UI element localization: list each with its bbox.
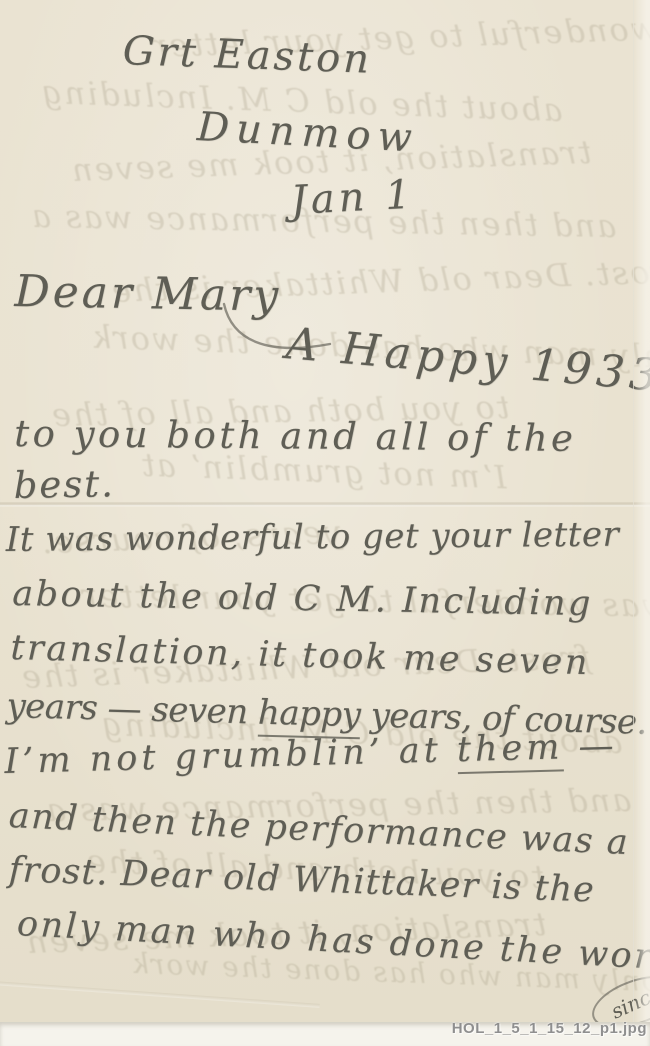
body-line: to you both and all of the [14, 412, 577, 460]
date-line: Jan 1 [290, 172, 416, 224]
body-line: best. [13, 462, 115, 507]
filename-watermark: HOL_1_5_1_15_12_p1.jpg [452, 1020, 647, 1037]
underlined-word: them [456, 727, 564, 774]
body-line: It was wonderful to get your letter [6, 515, 620, 560]
letter-scan: It was wonderful to get your letter abou… [0, 0, 650, 1046]
paper-edge-right [633, 0, 650, 1022]
address-line-1: Grt Easton [122, 28, 373, 83]
